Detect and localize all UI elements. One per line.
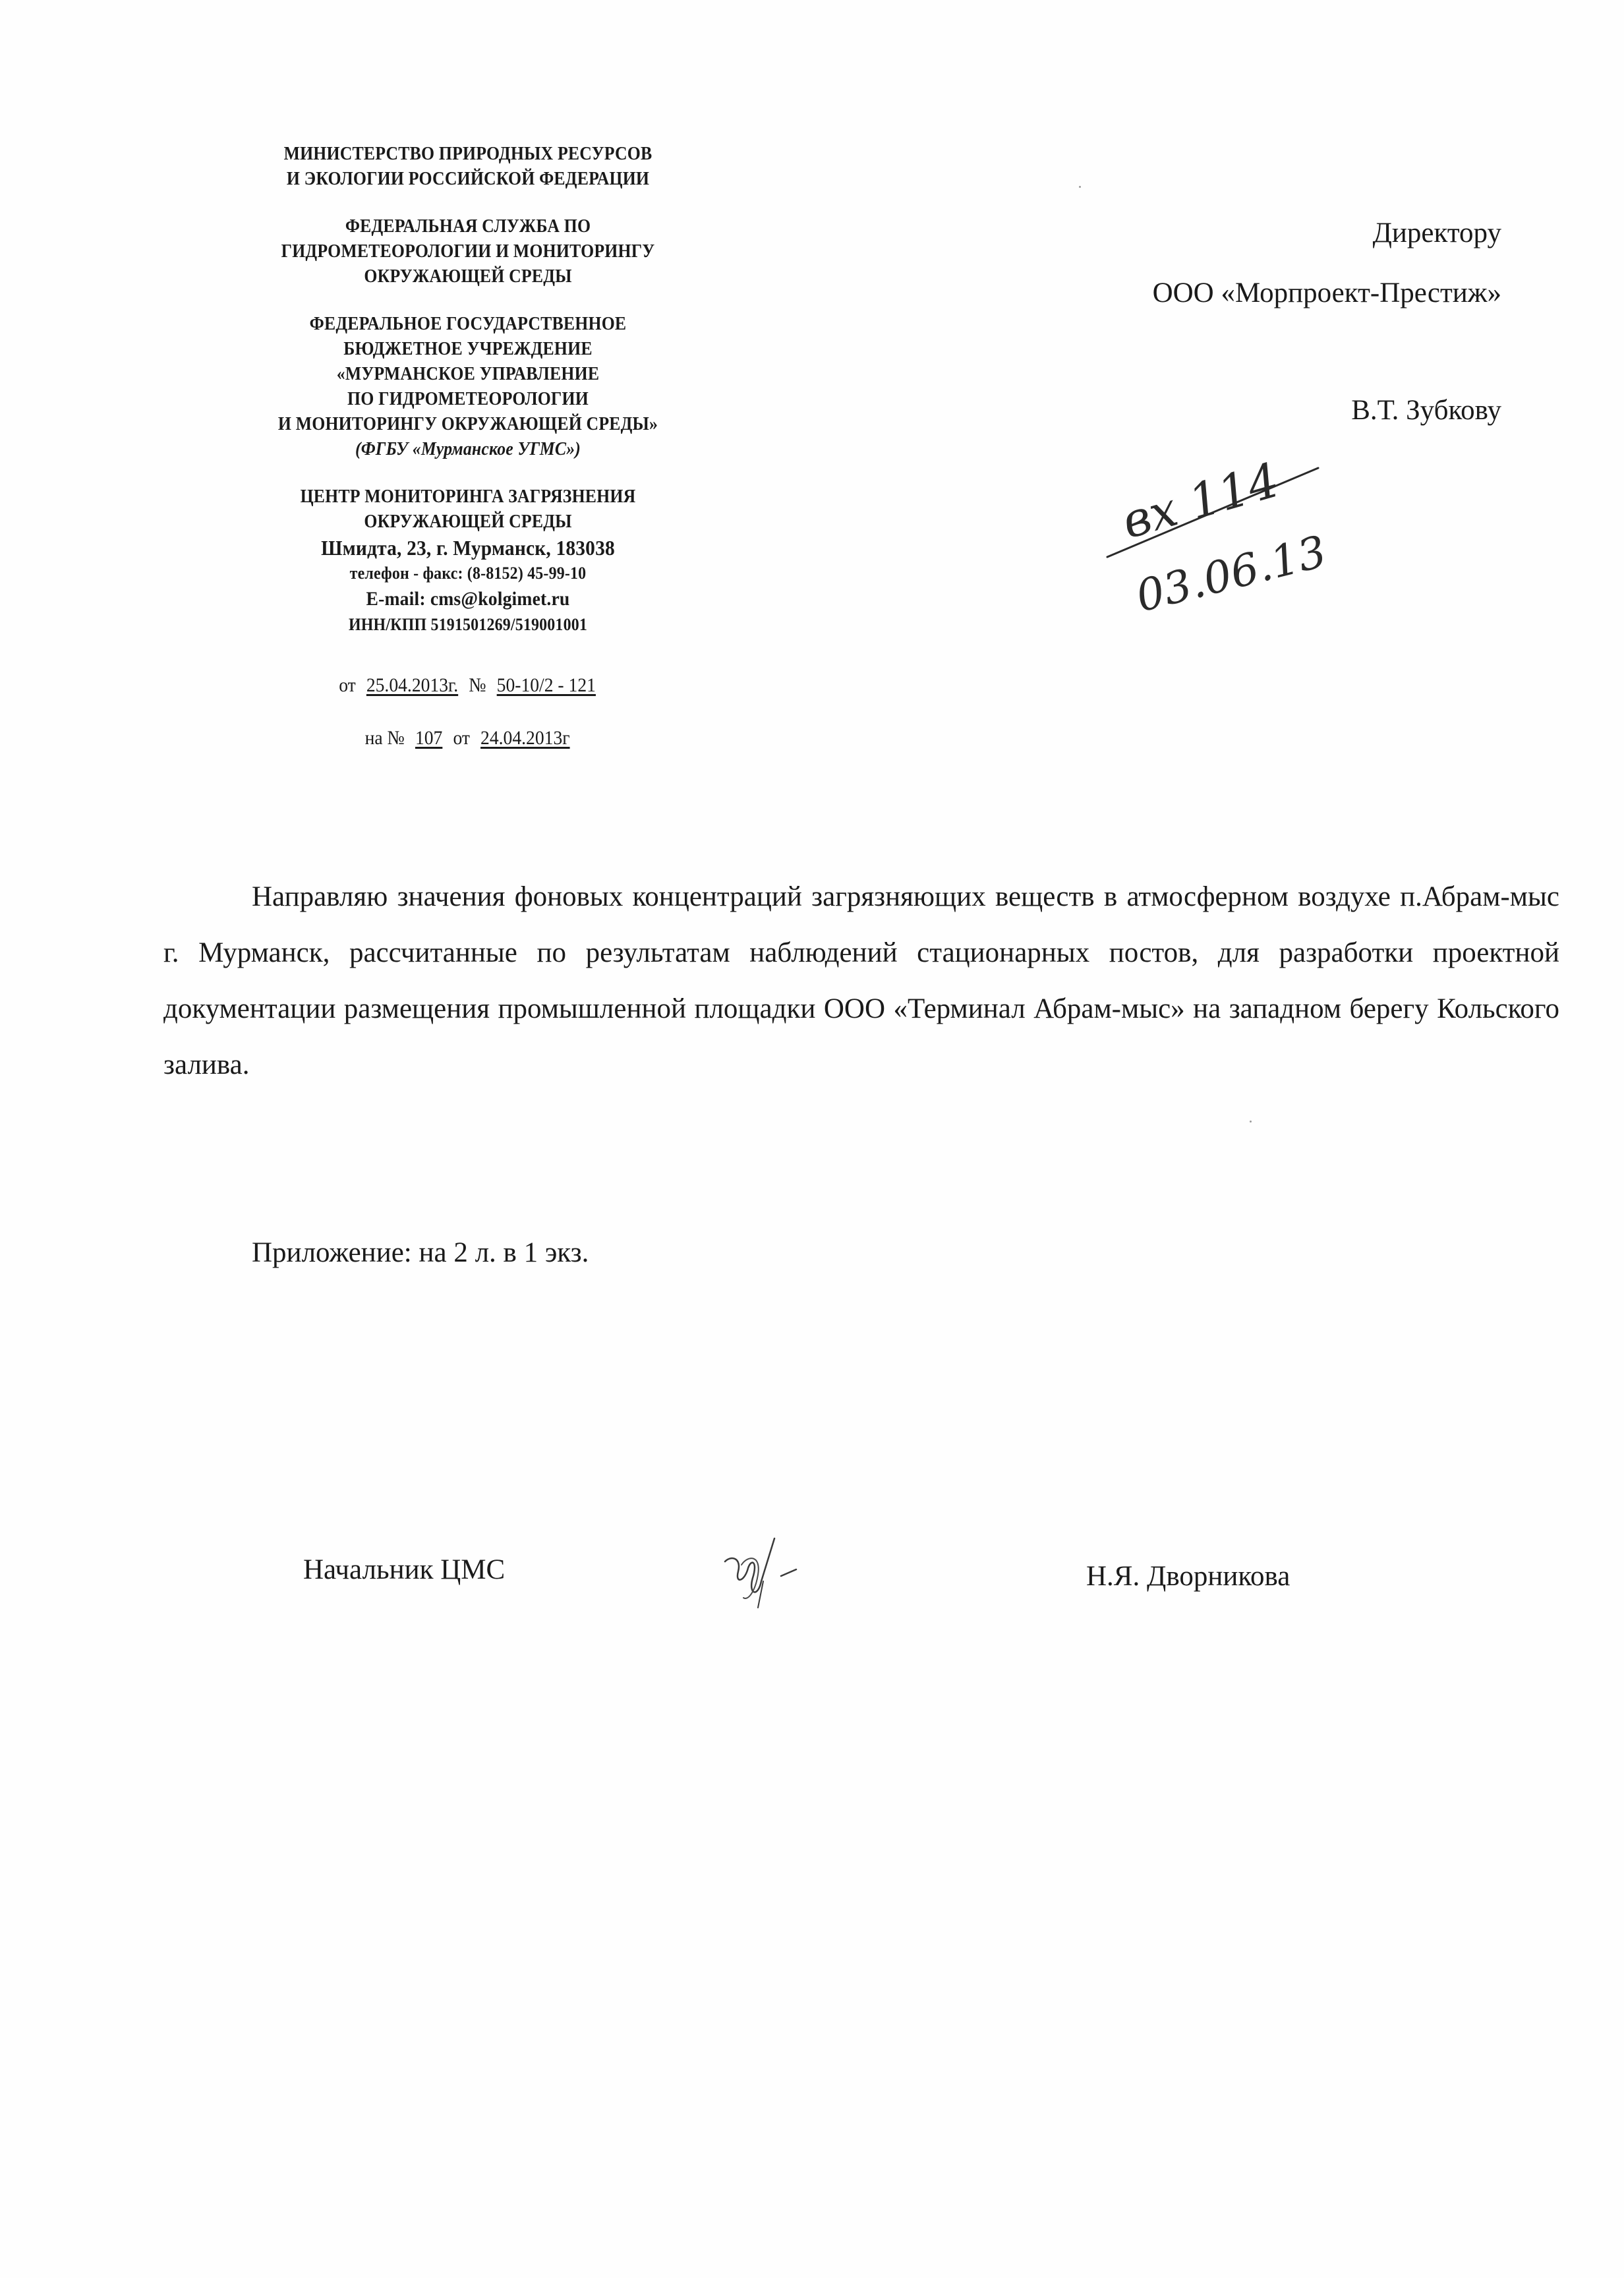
ministry-line: МИНИСТЕРСТВО ПРИРОДНЫХ РЕСУРСОВ [237, 142, 698, 167]
phone-fax: телефон - факс: (8-8152) 45-99-10 [237, 561, 698, 586]
contacts: Шмидта, 23, г. Мурманск, 183038 телефон … [237, 535, 698, 637]
outgoing-reference: от 25.04.2013г. № 50-10/2 - 121 [237, 674, 698, 697]
inn-kpp: ИНН/КПП 5191501269/519001001 [237, 612, 698, 637]
handwritten-registration-mark: вх 114 03.06.13 [1094, 428, 1371, 626]
letter-body: Направляю значения фоновых концентраций … [163, 869, 1559, 1093]
addressee-block: Директору ООО «Морпроект-Престиж» В.Т. З… [1153, 216, 1501, 428]
outgoing-from-label: от [337, 674, 359, 696]
incoming-on-label: на № [362, 727, 407, 749]
center-line: ЦЕНТР МОНИТОРИНГА ЗАГРЯЗНЕНИЯ [237, 484, 698, 510]
incoming-number: 107 [411, 727, 446, 749]
scan-speck [1079, 186, 1081, 188]
ministry-line: И ЭКОЛОГИИ РОССИЙСКОЙ ФЕДЕРАЦИИ [237, 167, 698, 192]
institution-line: «МУРМАНСКОЕ УПРАВЛЕНИЕ [237, 362, 698, 387]
outgoing-number-label: № [467, 674, 489, 696]
center-name: ЦЕНТР МОНИТОРИНГА ЗАГРЯЗНЕНИЯ ОКРУЖАЮЩЕЙ… [237, 484, 698, 637]
institution-name: ФЕДЕРАЛЬНОЕ ГОСУДАРСТВЕННОЕ БЮДЖЕТНОЕ УЧ… [237, 312, 698, 462]
addressee-title: Директору [1153, 216, 1501, 250]
signatory-position: Начальник ЦМС [303, 1554, 505, 1586]
incoming-from-label: от [451, 727, 473, 749]
letter-page: МИНИСТЕРСТВО ПРИРОДНЫХ РЕСУРСОВ И ЭКОЛОГ… [0, 0, 1624, 2278]
institution-line: ПО ГИДРОМЕТЕОРОЛОГИИ [237, 387, 698, 412]
handwriting-icon: вх 114 03.06.13 [1094, 428, 1371, 626]
scan-speck [1250, 1121, 1252, 1123]
institution-line: БЮДЖЕТНОЕ УЧРЕЖДЕНИЕ [237, 337, 698, 362]
outgoing-number: 50-10/2 - 121 [493, 674, 599, 696]
letterhead: МИНИСТЕРСТВО ПРИРОДНЫХ РЕСУРСОВ И ЭКОЛОГ… [217, 142, 718, 749]
service-line: ФЕДЕРАЛЬНАЯ СЛУЖБА ПО [237, 214, 698, 239]
postal-address: Шмидта, 23, г. Мурманск, 183038 [237, 535, 698, 561]
service-line: ГИДРОМЕТЕОРОЛОГИИ И МОНИТОРИНГУ [237, 239, 698, 264]
institution-short-name: (ФГБУ «Мурманское УГМС») [237, 437, 698, 462]
registration-number: вх 114 [1116, 452, 1285, 550]
institution-line: И МОНИТОРИНГУ ОКРУЖАЮЩЕЙ СРЕДЫ» [237, 412, 698, 437]
incoming-date: 24.04.2013г [477, 727, 574, 749]
service-name: ФЕДЕРАЛЬНАЯ СЛУЖБА ПО ГИДРОМЕТЕОРОЛОГИИ … [237, 214, 698, 289]
body-paragraph: Направляю значения фоновых концентраций … [163, 869, 1559, 1093]
email-address: E-mail: cms@kolgimet.ru [237, 586, 698, 612]
outgoing-date: 25.04.2013г. [362, 674, 461, 696]
addressee-name: В.Т. Зубкову [1153, 394, 1501, 428]
signature-icon [712, 1535, 830, 1614]
center-line: ОКРУЖАЮЩЕЙ СРЕДЫ [237, 510, 698, 535]
addressee-organization: ООО «Морпроект-Престиж» [1153, 276, 1501, 310]
signature-row: Начальник ЦМС Н.Я. Дворникова [0, 1539, 1624, 1618]
signatory-name: Н.Я. Дворникова [1086, 1560, 1290, 1592]
incoming-reference: на № 107 от 24.04.2013г [237, 727, 698, 749]
institution-line: ФЕДЕРАЛЬНОЕ ГОСУДАРСТВЕННОЕ [237, 312, 698, 337]
attachment-note: Приложение: на 2 л. в 1 экз. [252, 1236, 589, 1270]
service-line: ОКРУЖАЮЩЕЙ СРЕДЫ [237, 264, 698, 289]
ministry-name: МИНИСТЕРСТВО ПРИРОДНЫХ РЕСУРСОВ И ЭКОЛОГ… [237, 142, 698, 192]
